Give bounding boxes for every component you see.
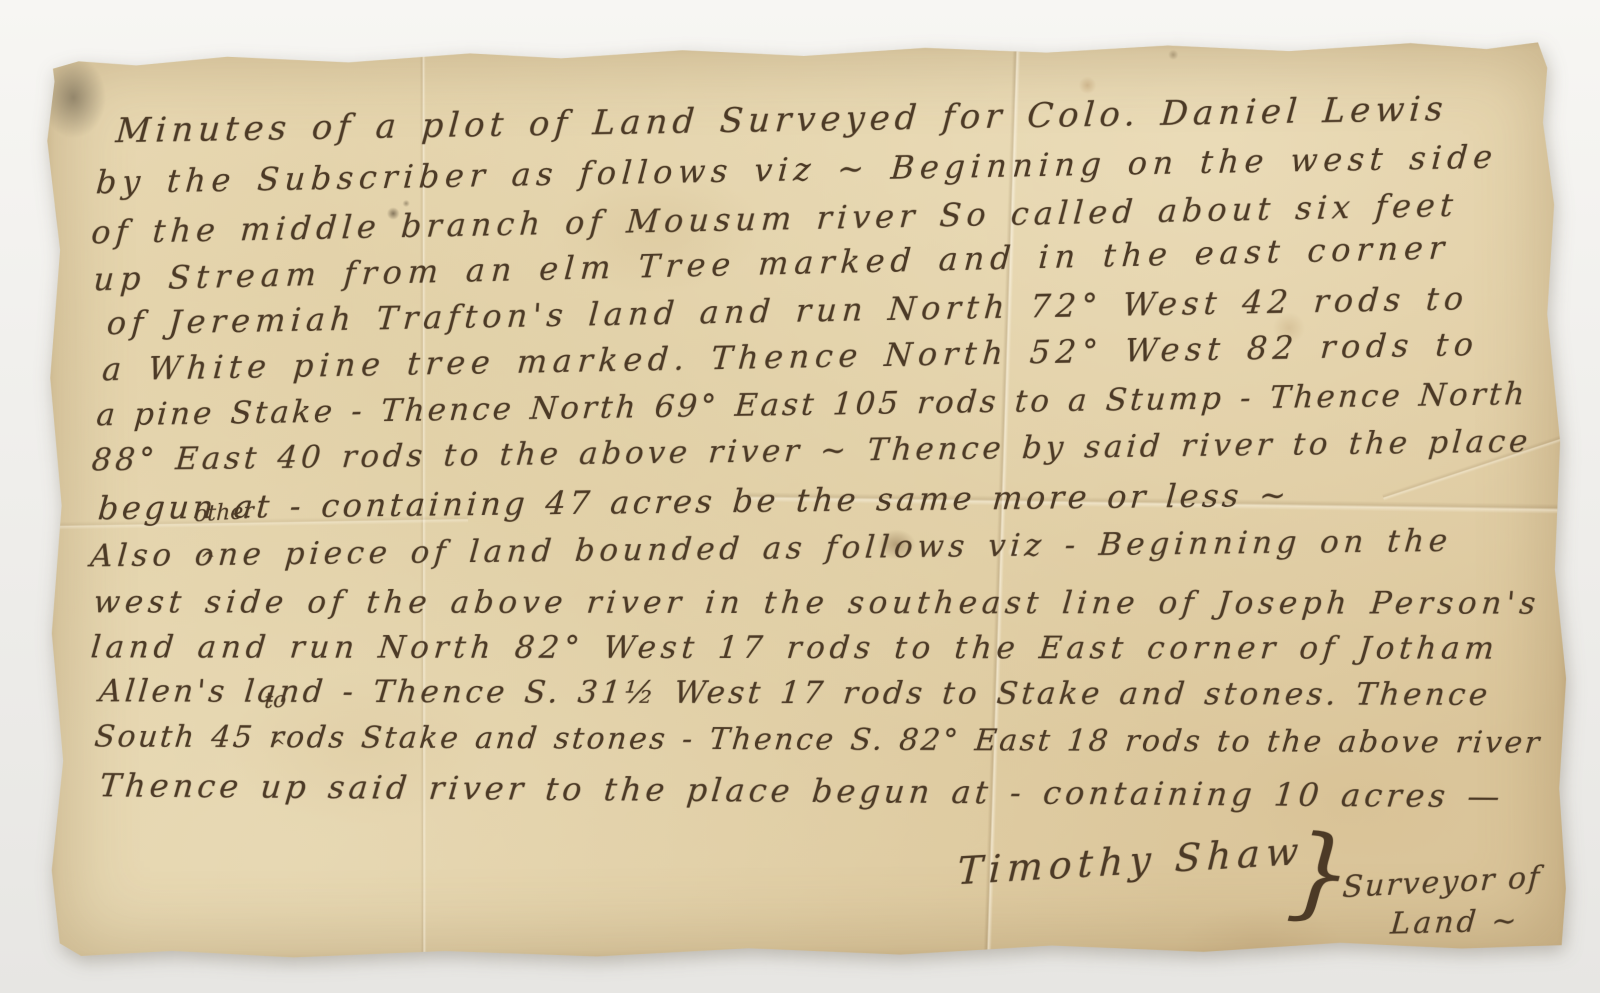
inserted-word-above-line: other — [194, 499, 254, 528]
insertion-caret-mark: ^ — [200, 549, 215, 570]
scanned-document-background: Minutes of a plot of Land Surveyed for C… — [0, 0, 1600, 993]
manuscript-line: Also one piece of land bounded as follow… — [89, 524, 1453, 575]
manuscript-line: begun at - containing 47 acres be the sa… — [97, 477, 1291, 527]
insertion-caret-mark: ^ — [270, 736, 285, 757]
manuscript-line: Thence up said river to the place begun … — [98, 767, 1505, 815]
manuscript-line: South 45 rods Stake and stones - Thence … — [93, 720, 1543, 761]
manuscript-line: Allen's land - Thence S. 31½ West 17 rod… — [98, 674, 1493, 713]
paper-sheet: Minutes of a plot of Land Surveyed for C… — [45, 40, 1568, 961]
inserted-word-above-line: to — [264, 688, 287, 714]
signature-title-line2: Land ~ — [1389, 903, 1521, 941]
manuscript-line: land and run North 82° West 17 rods to t… — [89, 630, 1500, 667]
manuscript-line: west side of the above river in the sout… — [92, 585, 1542, 622]
manuscript-paper: Minutes of a plot of Land Surveyed for C… — [45, 40, 1568, 961]
manuscript-line: 88° East 40 rods to the above river ~ Th… — [90, 425, 1532, 480]
